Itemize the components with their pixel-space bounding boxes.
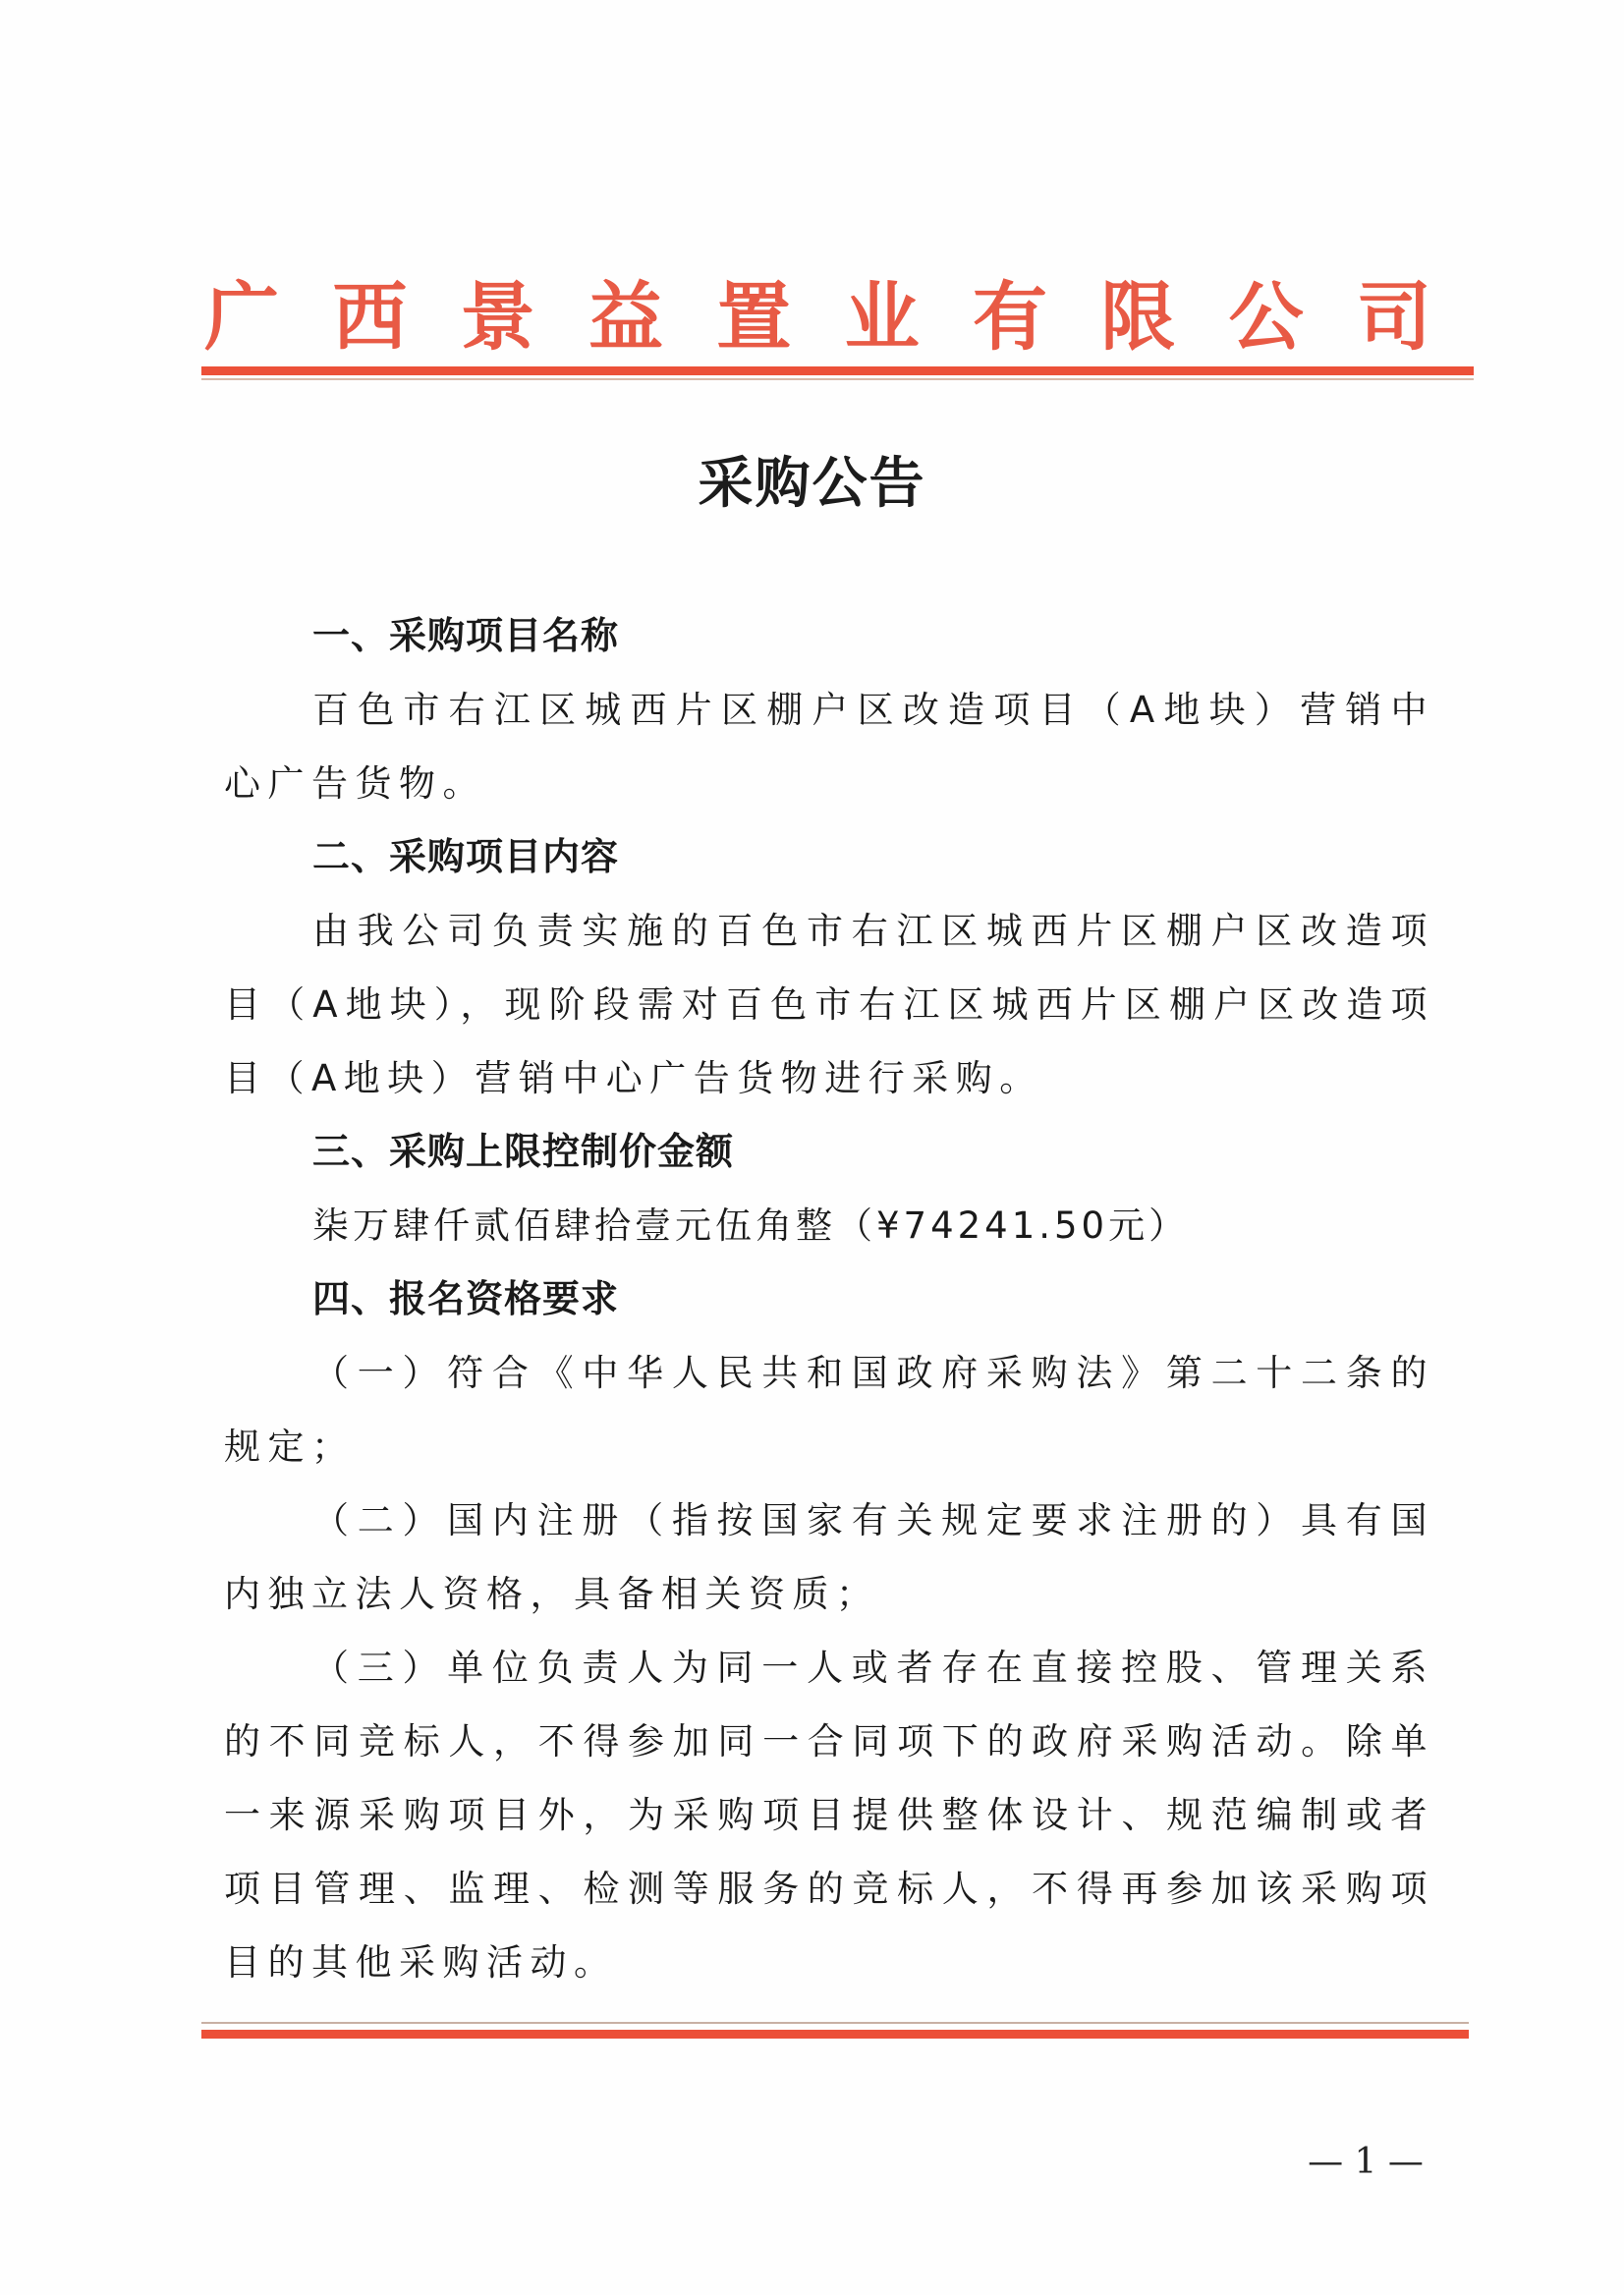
section-heading: 二、采购项目内容	[224, 820, 1434, 894]
letterhead-char: 公	[1226, 257, 1307, 364]
footer-red-rule	[201, 2030, 1469, 2039]
letterhead-char: 西	[329, 257, 410, 364]
letterhead-char: 置	[713, 257, 794, 364]
section-project-content: 二、采购项目内容 由我公司负责实施的百色市右江区城西片区棚户区改造项目（A地块）…	[224, 820, 1434, 1115]
letterhead-char: 有	[970, 257, 1050, 364]
document-page: 广 西 景 益 置 业 有 限 公 司 采购公告 一、采购项目名称 百色市右江区…	[0, 0, 1624, 2295]
letterhead-char: 业	[842, 257, 923, 364]
letterhead-red-rule	[201, 366, 1474, 375]
section-price-ceiling: 三、采购上限控制价金额 柒万肆仟贰佰肆拾壹元伍角整（¥74241.50元）	[224, 1115, 1434, 1262]
footer-thin-rule	[201, 2022, 1469, 2024]
section-project-name: 一、采购项目名称 百色市右江区城西片区棚户区改造项目（A地块）营销中心广告货物。	[224, 599, 1434, 820]
section-heading: 三、采购上限控制价金额	[224, 1115, 1434, 1189]
requirement-item: （一）符合《中华人民共和国政府采购法》第二十二条的规定；	[224, 1336, 1434, 1483]
document-body: 一、采购项目名称 百色市右江区城西片区棚户区改造项目（A地块）营销中心广告货物。…	[224, 599, 1434, 1999]
requirement-item: （二）国内注册（指按国家有关规定要求注册的）具有国内独立法人资格，具备相关资质；	[224, 1483, 1434, 1631]
letterhead-char: 景	[458, 257, 538, 364]
section-heading: 一、采购项目名称	[224, 599, 1434, 673]
letterhead-char: 司	[1354, 257, 1434, 364]
page-number: — 1 —	[1287, 2142, 1444, 2182]
letterhead-thin-rule	[201, 378, 1474, 380]
requirement-item: （三）单位负责人为同一人或者存在直接控股、管理关系的不同竞标人，不得参加同一合同…	[224, 1631, 1434, 1999]
section-paragraph: 百色市右江区城西片区棚户区改造项目（A地块）营销中心广告货物。	[224, 673, 1434, 820]
letterhead-char: 广	[201, 257, 282, 364]
letterhead-char: 限	[1097, 257, 1178, 364]
document-title: 采购公告	[0, 440, 1624, 519]
section-paragraph: 由我公司负责实施的百色市右江区城西片区棚户区改造项目（A地块），现阶段需对百色市…	[224, 894, 1434, 1115]
section-qualification-requirements: 四、报名资格要求 （一）符合《中华人民共和国政府采购法》第二十二条的规定； （二…	[224, 1262, 1434, 1999]
section-paragraph: 柒万肆仟贰佰肆拾壹元伍角整（¥74241.50元）	[224, 1189, 1434, 1262]
letterhead-char: 益	[586, 257, 666, 364]
section-heading: 四、报名资格要求	[224, 1262, 1434, 1336]
company-letterhead: 广 西 景 益 置 业 有 限 公 司	[201, 265, 1434, 356]
